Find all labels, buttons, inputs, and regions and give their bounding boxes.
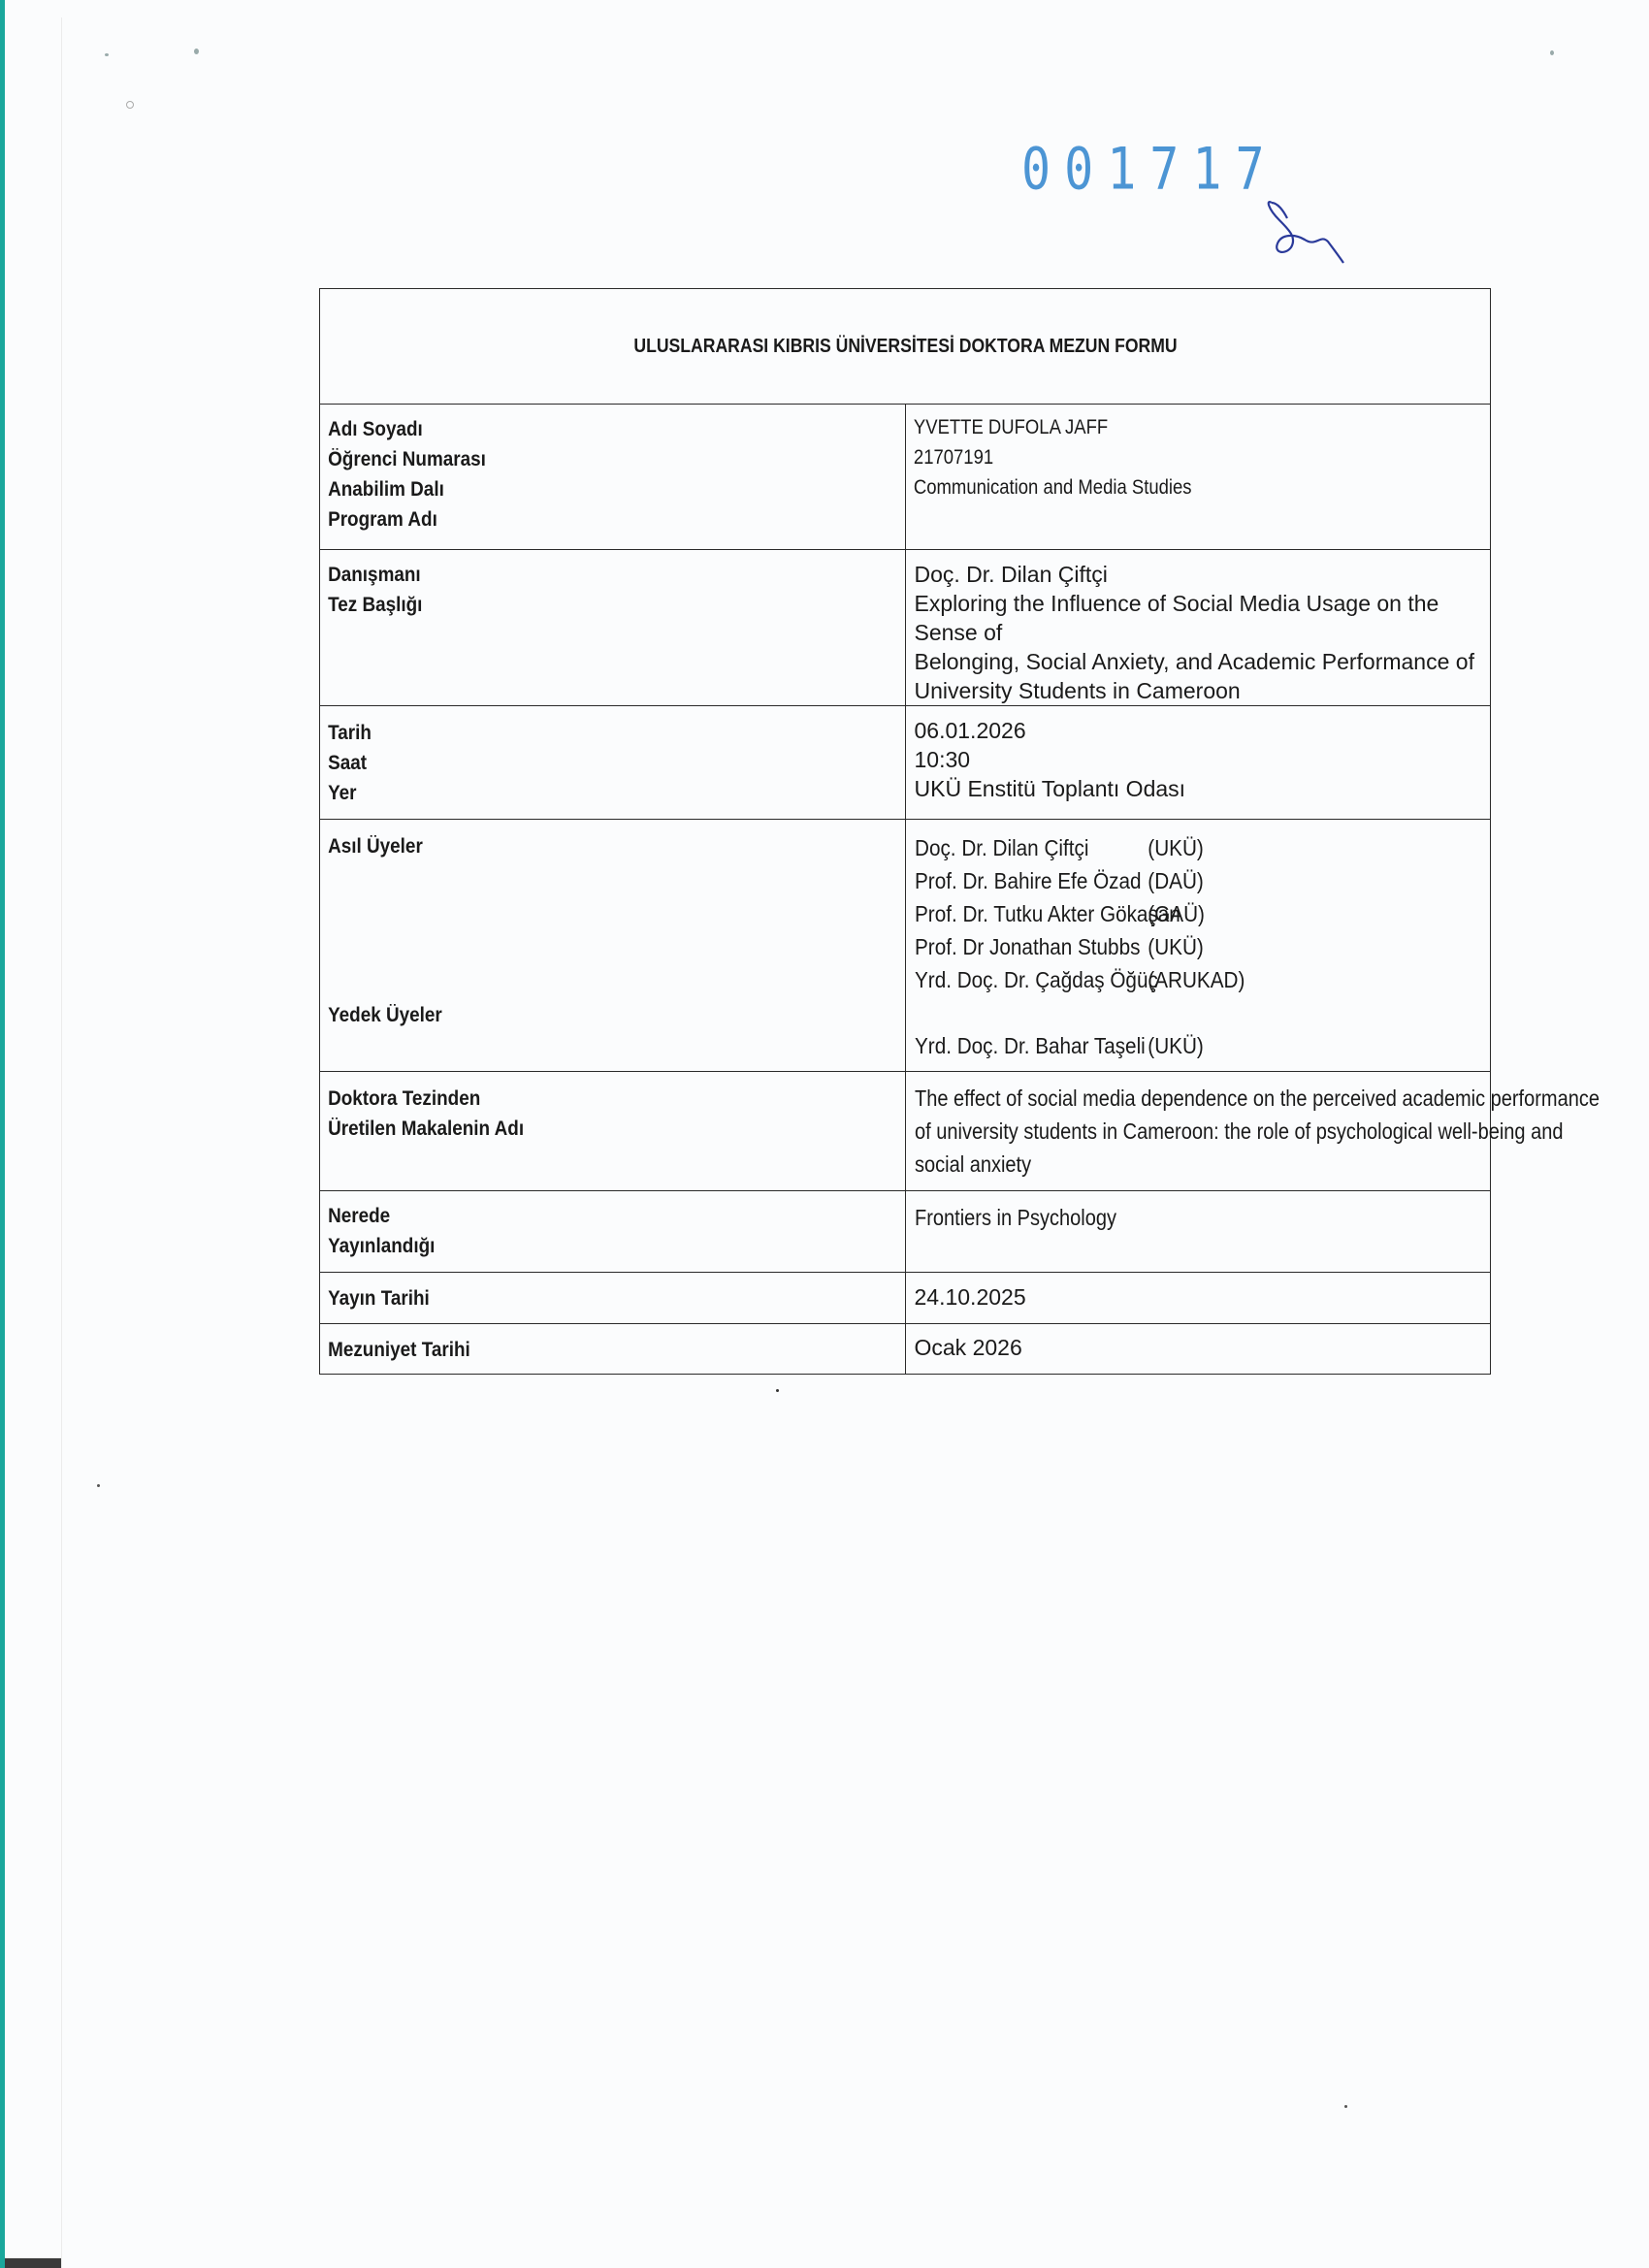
thesis-labels-cell: Danışmanı Tez Başlığı <box>320 550 906 706</box>
committee-member: Prof. Dr Jonathan Stubbs (UKÜ) <box>915 930 1433 963</box>
label-time: Saat <box>320 748 846 778</box>
thesis-title-line: Belonging, Social Anxiety, and Academic … <box>906 647 1491 676</box>
article-title: The effect of social media dependence on… <box>906 1072 1491 1181</box>
substitute-member: Yrd. Doç. Dr. Bahar Taşeli (UKÜ) <box>915 1029 1433 1062</box>
label-department: Anabilim Dalı <box>320 474 846 504</box>
main-members-list: Doç. Dr. Dilan Çiftçi (UKÜ) Prof. Dr. Ba… <box>906 820 1491 1062</box>
label-student-number: Öğrenci Numarası <box>320 444 846 474</box>
graduation-date: Ocak 2026 <box>906 1324 1491 1362</box>
table-row: Nerede Yayınlandığı Frontiers in Psychol… <box>320 1191 1491 1273</box>
scan-speck <box>776 1389 779 1392</box>
label-published-where-2: Yayınlandığı <box>320 1231 846 1261</box>
label-substitute-members: Yedek Üyeler <box>320 1000 442 1030</box>
publication-values-cell: Frontiers in Psychology <box>905 1191 1491 1273</box>
department: Communication and Media Studies <box>906 472 1420 502</box>
form-title: ULUSLARARASI KIBRIS ÜNİVERSİTESİ DOKTORA… <box>390 289 1420 405</box>
publication-date-cell: 24.10.2025 <box>905 1273 1491 1324</box>
signature-icon <box>1266 199 1345 267</box>
publication-labels-cell: Nerede Yayınlandığı <box>320 1191 906 1273</box>
defense-labels-cell: Tarih Saat Yer <box>320 706 906 820</box>
defense-values-cell: 06.01.2026 10:30 UKÜ Enstitü Toplantı Od… <box>905 706 1491 820</box>
graduation-form-table: ULUSLARARASI KIBRIS ÜNİVERSİTESİ DOKTORA… <box>319 288 1491 1375</box>
page-edge <box>61 17 62 2268</box>
label-program: Program Adı <box>320 504 846 535</box>
table-row: Yayın Tarihi 24.10.2025 <box>320 1273 1491 1324</box>
scan-speck <box>126 101 134 109</box>
committee-member: Doç. Dr. Dilan Çiftçi (UKÜ) <box>915 831 1433 864</box>
scan-speck <box>194 49 199 54</box>
article-labels-cell: Doktora Tezinden Üretilen Makalenin Adı <box>320 1072 906 1191</box>
scan-shadow <box>5 2258 61 2268</box>
label-publication-date: Yayın Tarihi <box>320 1273 846 1313</box>
table-row: Doktora Tezinden Üretilen Makalenin Adı … <box>320 1072 1491 1191</box>
table-row: Adı Soyadı Öğrenci Numarası Anabilim Dal… <box>320 405 1491 550</box>
graduation-date-cell: Ocak 2026 <box>905 1324 1491 1375</box>
document-number-stamp: 001717 <box>1021 135 1278 203</box>
label-main-members: Asıl Üyeler <box>320 820 846 861</box>
label-place: Yer <box>320 778 846 808</box>
defense-time: 10:30 <box>906 745 1491 774</box>
scan-speck <box>1344 2105 1347 2108</box>
defense-place: UKÜ Enstitü Toplantı Odası <box>906 774 1491 803</box>
label-article-1: Doktora Tezinden <box>320 1072 846 1114</box>
table-row: Danışmanı Tez Başlığı Doç. Dr. Dilan Çif… <box>320 550 1491 706</box>
publication-date-label-cell: Yayın Tarihi <box>320 1273 906 1324</box>
label-published-where-1: Nerede <box>320 1191 846 1231</box>
article-values-cell: The effect of social media dependence on… <box>905 1072 1491 1191</box>
label-thesis-title: Tez Başlığı <box>320 590 846 620</box>
table-row: Tarih Saat Yer 06.01.2026 10:30 UKÜ Enst… <box>320 706 1491 820</box>
thesis-values-cell: Doç. Dr. Dilan Çiftçi Exploring the Infl… <box>905 550 1491 706</box>
committee-labels-cell: Asıl Üyeler Yedek Üyeler <box>320 820 906 1072</box>
committee-member: Prof. Dr. Tutku Akter Gökaşan (GAÜ) <box>915 897 1433 930</box>
publication-date: 24.10.2025 <box>906 1273 1491 1312</box>
scan-speck <box>1550 50 1554 55</box>
thesis-title-line: University Students in Cameroon <box>906 676 1491 705</box>
label-graduation-date: Mezuniyet Tarihi <box>320 1324 846 1365</box>
student-labels-cell: Adı Soyadı Öğrenci Numarası Anabilim Dal… <box>320 405 906 550</box>
label-name: Adı Soyadı <box>320 405 846 444</box>
label-article-2: Üretilen Makalenin Adı <box>320 1114 846 1144</box>
graduation-date-label-cell: Mezuniyet Tarihi <box>320 1324 906 1375</box>
label-advisor: Danışmanı <box>320 550 846 590</box>
scan-edge-strip <box>0 0 5 2268</box>
defense-date: 06.01.2026 <box>906 706 1491 745</box>
committee-member: Yrd. Doç. Dr. Çağdaş Öğüç (ARUKAD) <box>915 963 1433 996</box>
committee-member: Prof. Dr. Bahire Efe Özad (DAÜ) <box>915 864 1433 897</box>
scan-speck <box>105 53 109 56</box>
scan-speck <box>97 1484 100 1487</box>
student-values-cell: YVETTE DUFOLA JAFF 21707191 Communicatio… <box>905 405 1491 550</box>
student-number: 21707191 <box>906 442 1420 472</box>
table-row: Asıl Üyeler Yedek Üyeler Doç. Dr. Dilan … <box>320 820 1491 1072</box>
thesis-title-line: Exploring the Influence of Social Media … <box>906 589 1491 647</box>
student-name: YVETTE DUFOLA JAFF <box>906 405 1420 442</box>
journal-name: Frontiers in Psychology <box>906 1191 1491 1234</box>
table-row: Mezuniyet Tarihi Ocak 2026 <box>320 1324 1491 1375</box>
committee-values-cell: Doç. Dr. Dilan Çiftçi (UKÜ) Prof. Dr. Ba… <box>905 820 1491 1072</box>
advisor-name: Doç. Dr. Dilan Çiftçi <box>906 550 1491 589</box>
label-date: Tarih <box>320 706 846 748</box>
